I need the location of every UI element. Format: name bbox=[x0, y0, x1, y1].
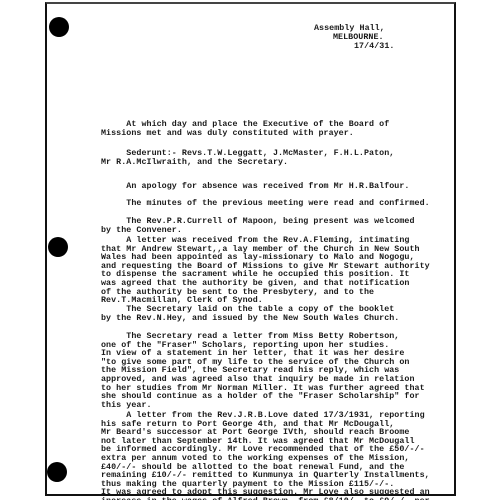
punch-hole-top bbox=[49, 17, 69, 37]
punch-hole-bottom bbox=[47, 462, 67, 482]
paragraph-2-line: Mr R.A.McIlwraith, and the Secretary. bbox=[101, 158, 288, 167]
paragraph-7-line: by the Rev.N.Hey, and issued by the New … bbox=[101, 314, 399, 323]
header-date: 17/4/31. bbox=[354, 42, 394, 51]
paragraph-1-line: Missions met and was duly constituted wi… bbox=[101, 129, 354, 138]
paragraph-4-line: The minutes of the previous meeting were… bbox=[101, 199, 430, 208]
punch-hole-middle bbox=[48, 237, 68, 257]
paragraph-3-line: An apology for absence was received from… bbox=[101, 182, 409, 191]
paragraph-8-line: this year. bbox=[101, 401, 152, 410]
paragraph-5-line: by the Convener. bbox=[101, 226, 182, 235]
